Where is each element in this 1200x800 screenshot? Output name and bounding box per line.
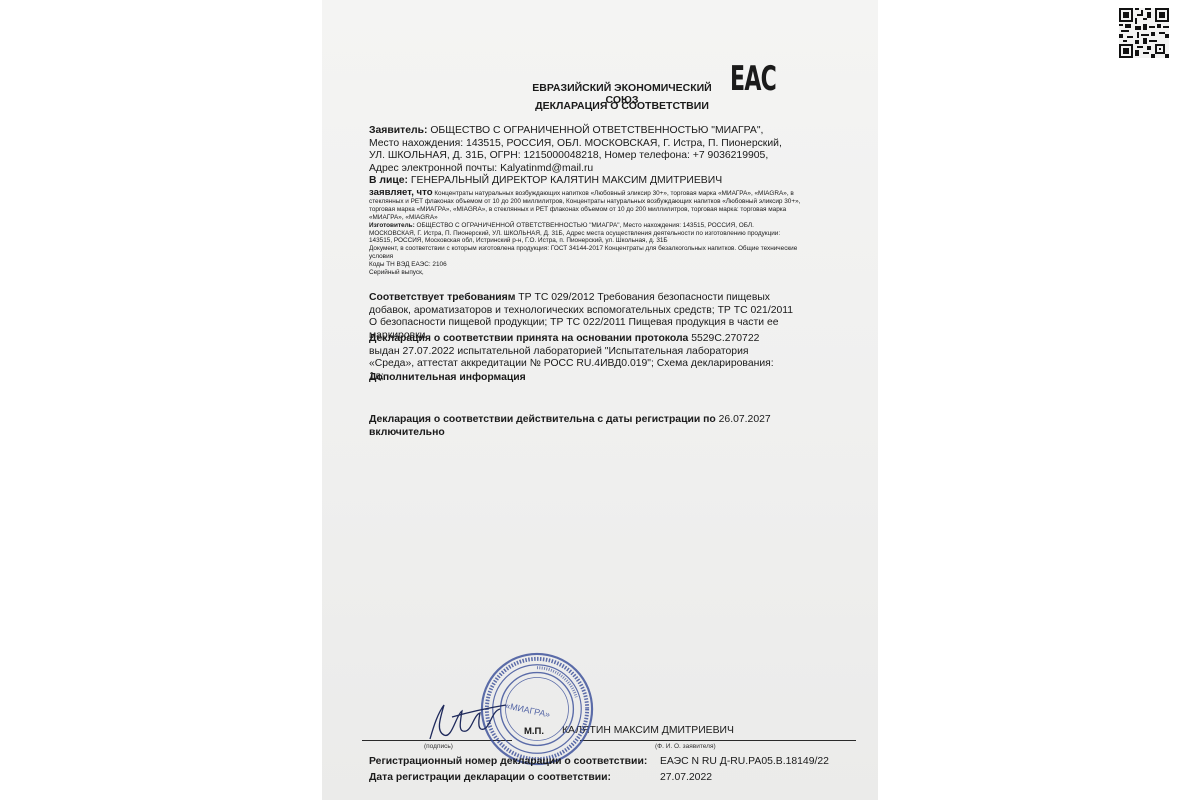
- registration-date-label: Дата регистрации декларации о соответств…: [369, 772, 611, 783]
- registration-date-value: 27.07.2022: [660, 772, 712, 783]
- name-line: [580, 740, 856, 741]
- declares-section: заявляет, что Концентраты натуральных во…: [369, 189, 801, 277]
- represented-by-text: ГЕНЕРАЛЬНЫЙ ДИРЕКТОР КАЛЯТИН МАКСИМ ДМИТ…: [408, 175, 722, 186]
- signature-icon: [422, 695, 512, 745]
- declaration-page: ЕАС ЕВРАЗИЙСКИЙ ЭКОНОМИЧЕСКИЙ СОЮЗ ДЕКЛА…: [322, 0, 878, 800]
- eac-logo: ЕАС: [730, 62, 776, 96]
- document-title: ДЕКЛАРАЦИЯ О СООТВЕТСТВИИ: [516, 100, 728, 112]
- manufacturer-text: ОБЩЕСТВО С ОГРАНИЧЕННОЙ ОТВЕТСТВЕННОСТЬЮ…: [369, 222, 780, 245]
- validity-date: 26.07.2027: [716, 414, 771, 425]
- applicant-label: Заявитель:: [369, 125, 427, 136]
- additional-info-label: Дополнительная информация: [369, 372, 789, 385]
- applicant-section: Заявитель: ОБЩЕСТВО С ОГРАНИЧЕННОЙ ОТВЕТ…: [369, 125, 794, 188]
- declares-label: заявляет, что: [369, 187, 433, 198]
- validity-section: Декларация о соответствии действительна …: [369, 414, 789, 439]
- tn-ved-codes: Коды ТН ВЭД ЕАЭС: 2106: [369, 261, 447, 268]
- basis-label: Декларация о соответствии принята на осн…: [369, 333, 688, 344]
- registration-number-value: ЕАЭС N RU Д-RU.РА05.В.18149/22: [660, 756, 829, 767]
- standard-doc: Документ, в соответствии с которым изгот…: [369, 245, 797, 260]
- declares-text: Концентраты натуральных возбуждающих нап…: [369, 190, 800, 221]
- name-caption: (Ф. И. О. заявителя): [655, 743, 716, 750]
- requirements-label: Соответствует требованиям: [369, 292, 515, 303]
- validity-label: Декларация о соответствии действительна …: [369, 414, 716, 425]
- validity-suffix: включительно: [369, 427, 445, 438]
- serial-release: Серийный выпуск,: [369, 269, 424, 276]
- qr-code-icon: [1119, 8, 1169, 58]
- applicant-text: ОБЩЕСТВО С ОГРАНИЧЕННОЙ ОТВЕТСТВЕННОСТЬЮ…: [369, 125, 782, 174]
- registration-number-label: Регистрационный номер декларации о соотв…: [369, 756, 647, 767]
- represented-by-label: В лице:: [369, 175, 408, 186]
- manufacturer-label: Изготовитель:: [369, 222, 415, 229]
